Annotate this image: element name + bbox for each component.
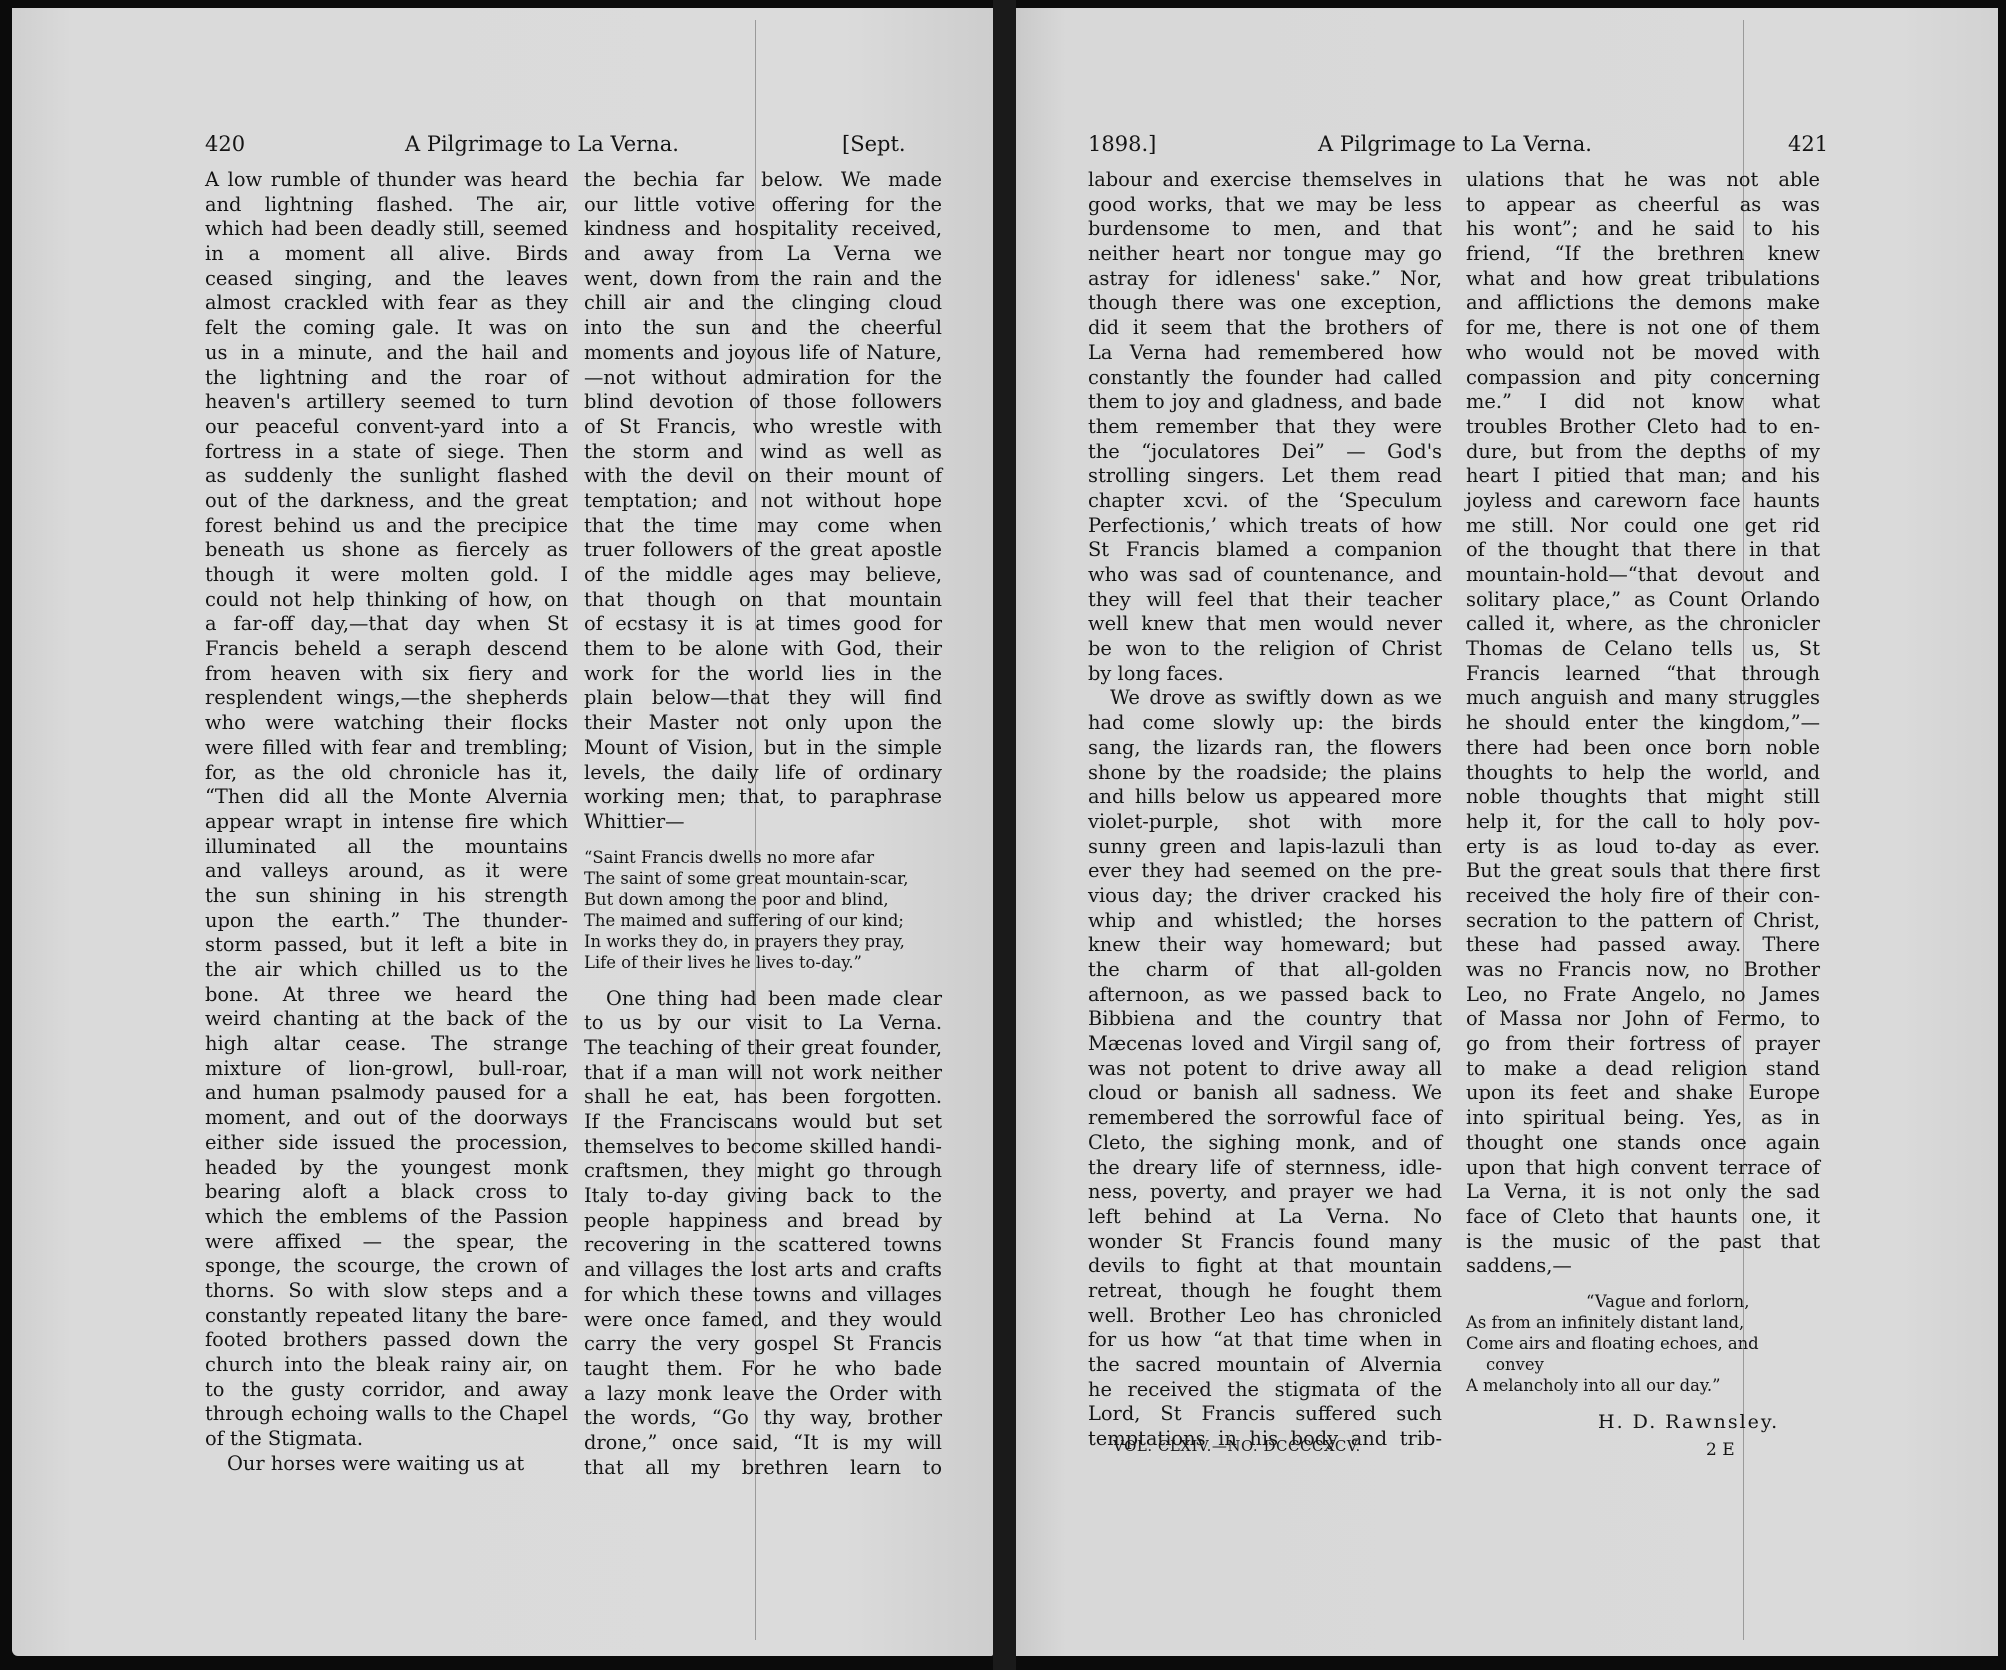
text-line: face of Cleto that haunts one, it	[1466, 1205, 1820, 1230]
text-line: what and how great tribulations	[1466, 267, 1820, 292]
verse-line: convey	[1466, 1354, 1820, 1375]
closing-verse: “Vague and forlorn,As from an infinitely…	[1466, 1291, 1820, 1396]
text-line: the sacred mountain of Alvernia	[1088, 1353, 1442, 1378]
text-line: vious day; the driver cracked his	[1088, 884, 1442, 909]
text-line: the dreary life of sternness, idle-	[1088, 1156, 1442, 1181]
text-line: thoughts to help the world, and	[1466, 761, 1820, 786]
text-line: troubles Brother Cleto had to en-	[1466, 415, 1820, 440]
text-line: our peaceful convent-yard into a	[205, 415, 568, 440]
text-line: he received the stigmata of the	[1088, 1378, 1442, 1403]
text-line: them remember that they were	[1088, 415, 1442, 440]
text-line: truer followers of the great apostle	[584, 538, 942, 563]
text-line: sang, the lizards ran, the flowers	[1088, 736, 1442, 761]
text-line: ever they had seemed on the pre-	[1088, 859, 1442, 884]
text-line: Our horses were waiting us at	[205, 1452, 568, 1477]
text-line: to the gusty corridor, and away	[205, 1378, 568, 1403]
text-line: there had been once born noble	[1466, 736, 1820, 761]
text-line: themselves to become skilled handi-	[584, 1135, 942, 1160]
text-line: the “joculatores Dei” — God's	[1088, 440, 1442, 465]
text-line: though there was one exception,	[1088, 291, 1442, 316]
text-line: craftsmen, they might go through	[584, 1159, 942, 1184]
text-line: astray for idleness' sake.” Nor,	[1088, 267, 1442, 292]
text-line: ness, poverty, and prayer we had	[1088, 1180, 1442, 1205]
text-line: chill air and the clinging cloud	[584, 291, 942, 316]
text-line: neither heart nor tongue may go	[1088, 242, 1442, 267]
text-line: his wont”; and he said to his	[1466, 217, 1820, 242]
text-line: constantly repeated litany the bare-	[205, 1304, 568, 1329]
text-line: Francis learned “that through	[1466, 662, 1820, 687]
text-line: drone,” once said, “It is my will	[584, 1431, 942, 1456]
text-line: go from their fortress of prayer	[1466, 1032, 1820, 1057]
text-line: called it, where, as the chronicler	[1466, 612, 1820, 637]
text-line: were affixed — the spear, the	[205, 1230, 568, 1255]
right-column-1: labour and exercise themselves ingood wo…	[1088, 168, 1442, 1452]
text-line: plain below—that they will find	[584, 686, 942, 711]
text-line: them to joy and gladness, and bade	[1088, 390, 1442, 415]
text-line: La Verna, it is not only the sad	[1466, 1180, 1820, 1205]
text-line: constantly the founder had called	[1088, 366, 1442, 391]
text-line: of Massa nor John of Fermo, to	[1466, 1007, 1820, 1032]
text-line: thorns. So with slow steps and a	[205, 1279, 568, 1304]
verse-line: The saint of some great mountain-scar,	[584, 868, 942, 889]
text-line: beneath us shone as fiercely as	[205, 538, 568, 563]
text-line: received the holy fire of their con-	[1466, 884, 1820, 909]
left-running-month: [Sept.	[842, 132, 906, 156]
text-line: The teaching of their great founder,	[584, 1036, 942, 1061]
text-line: help it, for the call to holy pov-	[1466, 810, 1820, 835]
text-line: heaven's artillery seemed to turn	[205, 390, 568, 415]
text-line: La Verna had remembered how	[1088, 341, 1442, 366]
text-line: moment, and out of the doorways	[205, 1106, 568, 1131]
text-line: their Master not only upon the	[584, 711, 942, 736]
text-line: remembered the sorrowful face of	[1088, 1106, 1442, 1131]
verse-line: “Saint Francis dwells no more afar	[584, 847, 942, 868]
text-line: Mount of Vision, but in the simple	[584, 736, 942, 761]
text-line: is the music of the past that	[1466, 1230, 1820, 1255]
verse-line: In works they do, in prayers they pray,	[584, 931, 942, 952]
text-line: of the thought that there in that	[1466, 538, 1820, 563]
text-line: levels, the daily life of ordinary	[584, 761, 942, 786]
text-line: were filled with fear and trembling;	[205, 736, 568, 761]
text-line: storm passed, but it left a bite in	[205, 933, 568, 958]
text-line: felt the coming gale. It was on	[205, 316, 568, 341]
text-line: chapter xcvi. of the ‘Speculum	[1088, 489, 1442, 514]
text-line: ceased singing, and the leaves	[205, 267, 568, 292]
text-line: they will feel that their teacher	[1088, 588, 1442, 613]
text-line: sunny green and lapis-lazuli than	[1088, 835, 1442, 860]
text-line: of the Stigmata.	[205, 1427, 568, 1452]
verse-line: A melancholy into all our day.”	[1466, 1375, 1820, 1396]
text-line: which the emblems of the Passion	[205, 1205, 568, 1230]
text-line: forest behind us and the precipice	[205, 514, 568, 539]
text-line: these had passed away. There	[1466, 933, 1820, 958]
text-line: though it were molten gold. I	[205, 563, 568, 588]
text-line: shall he eat, has been forgotten.	[584, 1085, 942, 1110]
text-line: secration to the pattern of Christ,	[1466, 909, 1820, 934]
verse-line: “Vague and forlorn,	[1466, 1291, 1820, 1312]
text-line: headed by the youngest monk	[205, 1156, 568, 1181]
text-line: that all my brethren learn to	[584, 1456, 942, 1481]
text-line: the charm of that all-golden	[1088, 958, 1442, 983]
text-line: as suddenly the sunlight flashed	[205, 464, 568, 489]
text-line: friend, “If the brethren knew	[1466, 242, 1820, 267]
text-line: carry the very gospel St Francis	[584, 1332, 942, 1357]
text-line: moments and joyous life of Nature,	[584, 341, 942, 366]
text-line: the bechia far below. We made	[584, 168, 942, 193]
text-line: noble thoughts that might still	[1466, 785, 1820, 810]
text-line: bone. At three we heard the	[205, 983, 568, 1008]
text-line: St Francis blamed a companion	[1088, 538, 1442, 563]
text-line: he should enter the kingdom,”—	[1466, 711, 1820, 736]
text-line: temptation; and not without hope	[584, 489, 942, 514]
text-line: and away from La Verna we	[584, 242, 942, 267]
volume-footer: VOL. CLXIV.—NO. DCCCCXCV.	[1113, 1437, 1361, 1455]
text-line: A low rumble of thunder was heard	[205, 168, 568, 193]
text-line: Lord, St Francis suffered such	[1088, 1402, 1442, 1427]
text-line: and hills below us appeared more	[1088, 785, 1442, 810]
book-spine	[993, 0, 1016, 1670]
text-line: labour and exercise themselves in	[1088, 168, 1442, 193]
text-line: a lazy monk leave the Order with	[584, 1382, 942, 1407]
text-line: from heaven with six fiery and	[205, 662, 568, 687]
text-line: which had been deadly still, seemed	[205, 217, 568, 242]
text-line: us in a minute, and the hail and	[205, 341, 568, 366]
text-line: and villages the lost arts and crafts	[584, 1258, 942, 1283]
text-line: illuminated all the mountains	[205, 835, 568, 860]
text-line: whip and whistled; the horses	[1088, 909, 1442, 934]
text-line: strolling singers. Let them read	[1088, 464, 1442, 489]
verse-line: Come airs and floating echoes, and	[1466, 1333, 1820, 1354]
text-line: of St Francis, who wrestle with	[584, 415, 942, 440]
text-line: thought one stands once again	[1466, 1131, 1820, 1156]
text-line: Leo, no Frate Angelo, no James	[1466, 983, 1820, 1008]
right-page-number: 421	[1788, 132, 1828, 156]
text-line: me.” I did not know what	[1466, 390, 1820, 415]
text-line: resplendent wings,—the shepherds	[205, 686, 568, 711]
text-line: cloud or banish all sadness. We	[1088, 1081, 1442, 1106]
author-signature: H. D. Rawnsley.	[1466, 1410, 1820, 1435]
left-column-1: A low rumble of thunder was heardand lig…	[205, 168, 568, 1476]
verse-line: Life of their lives he lives to-day.”	[584, 952, 942, 973]
text-line: a far-off day,—that day when St	[205, 612, 568, 637]
text-line: afternoon, as we passed back to	[1088, 983, 1442, 1008]
text-line: with the devil on their mount of	[584, 464, 942, 489]
text-line: ulations that he was not able	[1466, 168, 1820, 193]
text-line: them to be alone with God, their	[584, 637, 942, 662]
text-line: for us how “at that time when in	[1088, 1328, 1442, 1353]
right-running-year: 1898.]	[1088, 132, 1156, 156]
text-line: by long faces.	[1088, 662, 1442, 687]
text-line: that though on that mountain	[584, 588, 942, 613]
text-line: working men; that, to paraphrase	[584, 785, 942, 810]
text-line: the lightning and the roar of	[205, 366, 568, 391]
text-line: mountain-hold—“that devout and	[1466, 563, 1820, 588]
text-line: devils to fight at that mountain	[1088, 1254, 1442, 1279]
text-line: could not help thinking of how, on	[205, 588, 568, 613]
right-running-title: A Pilgrimage to La Verna.	[1318, 132, 1592, 156]
text-line: in a moment all alive. Birds	[205, 242, 568, 267]
right-column-2-text: ulations that he was not ableto appear a…	[1466, 168, 1820, 1279]
left-page-number: 420	[205, 132, 245, 156]
text-line: of ecstasy it is at times good for	[584, 612, 942, 637]
text-line: Francis beheld a seraph descend	[205, 637, 568, 662]
printer-signature-mark: 2 E	[1706, 1440, 1735, 1460]
text-line: left behind at La Verna. No	[1088, 1205, 1442, 1230]
text-line: Mæcenas loved and Virgil sang of,	[1088, 1032, 1442, 1057]
text-line: good works, that we may be less	[1088, 193, 1442, 218]
text-line: dure, but from the depths of my	[1466, 440, 1820, 465]
text-line: church into the bleak rainy air, on	[205, 1353, 568, 1378]
text-line: through echoing walls to the Chapel	[205, 1402, 568, 1427]
right-column-2: ulations that he was not ableto appear a…	[1466, 168, 1820, 1435]
text-line: be won to the religion of Christ	[1088, 637, 1442, 662]
text-line: high altar cease. The strange	[205, 1032, 568, 1057]
text-line: knew their way homeward; but	[1088, 933, 1442, 958]
text-line: appear wrapt in intense fire which	[205, 810, 568, 835]
text-line: either side issued the procession,	[205, 1131, 568, 1156]
text-line: to make a dead religion stand	[1466, 1057, 1820, 1082]
text-line: for, as the old chronicle has it,	[205, 761, 568, 786]
text-line: into the sun and the cheerful	[584, 316, 942, 341]
text-line: retreat, though he fought them	[1088, 1279, 1442, 1304]
text-line: Thomas de Celano tells us, St	[1466, 637, 1820, 662]
verse-line: As from an infinitely distant land,	[1466, 1312, 1820, 1333]
text-line: upon that high convent terrace of	[1466, 1156, 1820, 1181]
text-line: taught them. For he who bade	[584, 1357, 942, 1382]
text-line: Cleto, the sighing monk, and of	[1088, 1131, 1442, 1156]
text-line: footed brothers passed down the	[205, 1328, 568, 1353]
text-line: for me, there is not one of them	[1466, 316, 1820, 341]
text-line: upon its feet and shake Europe	[1466, 1081, 1820, 1106]
text-line: and human psalmody paused for a	[205, 1081, 568, 1106]
text-line: recovering in the scattered towns	[584, 1233, 942, 1258]
text-line: much anguish and many struggles	[1466, 686, 1820, 711]
text-line: and afflictions the demons make	[1466, 291, 1820, 316]
text-line: the storm and wind as well as	[584, 440, 942, 465]
text-line: who were watching their flocks	[205, 711, 568, 736]
text-line: out of the darkness, and the great	[205, 489, 568, 514]
text-line: well knew that men would never	[1088, 612, 1442, 637]
text-line: “Then did all the Monte Alvernia	[205, 785, 568, 810]
verse-line: The maimed and suffering of our kind;	[584, 910, 942, 931]
text-line: were once famed, and they would	[584, 1308, 942, 1333]
left-column-2-text-top: the bechia far below. We madeour little …	[584, 168, 942, 835]
text-line: had come slowly up: the birds	[1088, 711, 1442, 736]
text-line: —not without admiration for the	[584, 366, 942, 391]
left-column-2: the bechia far below. We madeour little …	[584, 168, 942, 1480]
text-line: But the great souls that there first	[1466, 859, 1820, 884]
text-line: people happiness and bread by	[584, 1209, 942, 1234]
text-line: mixture of lion-growl, bull-roar,	[205, 1057, 568, 1082]
text-line: and lightning flashed. The air,	[205, 193, 568, 218]
text-line: almost crackled with fear as they	[205, 291, 568, 316]
text-line: Perfectionis,’ which treats of how	[1088, 514, 1442, 539]
text-line: shone by the roadside; the plains	[1088, 761, 1442, 786]
text-line: for which these towns and villages	[584, 1283, 942, 1308]
text-line: saddens,—	[1466, 1254, 1820, 1279]
text-line: the words, “Go thy way, brother	[584, 1406, 942, 1431]
text-line: joyless and careworn face haunts	[1466, 489, 1820, 514]
text-line: went, down from the rain and the	[584, 267, 942, 292]
text-line: heart I pitied that man; and his	[1466, 464, 1820, 489]
text-line: that if a man will not work neither	[584, 1061, 942, 1086]
text-line: the air which chilled us to the	[205, 958, 568, 983]
text-line: burdensome to men, and that	[1088, 217, 1442, 242]
text-line: that the time may come when	[584, 514, 942, 539]
text-line: was not potent to drive away all	[1088, 1057, 1442, 1082]
text-line: We drove as swiftly down as we	[1088, 686, 1442, 711]
right-column-1-text-bottom: We drove as swiftly down as wehad come s…	[1088, 686, 1442, 1451]
text-line: who was sad of countenance, and	[1088, 563, 1442, 588]
text-line: wonder St Francis found many	[1088, 1230, 1442, 1255]
text-line: the sun shining in his strength	[205, 884, 568, 909]
left-column-2-text-bottom: One thing had been made clearto us by ou…	[584, 987, 942, 1481]
right-column-1-text-top: labour and exercise themselves ingood wo…	[1088, 168, 1442, 686]
text-line: was no Francis now, no Brother	[1466, 958, 1820, 983]
text-line: Italy to-day giving back to the	[584, 1184, 942, 1209]
text-line: me still. Nor could one get rid	[1466, 514, 1820, 539]
text-line: sponge, the scourge, the crown of	[205, 1254, 568, 1279]
text-line: to appear as cheerful as was	[1466, 193, 1820, 218]
text-line: solitary place,” as Count Orlando	[1466, 588, 1820, 613]
text-line: One thing had been made clear	[584, 987, 942, 1012]
text-line: into spiritual being. Yes, as in	[1466, 1106, 1820, 1131]
text-line: kindness and hospitality received,	[584, 217, 942, 242]
text-line: well. Brother Leo has chronicled	[1088, 1304, 1442, 1329]
text-line: compassion and pity concerning	[1466, 366, 1820, 391]
text-line: of the middle ages may believe,	[584, 563, 942, 588]
whittier-verse: “Saint Francis dwells no more afarThe sa…	[584, 847, 942, 973]
text-line: did it seem that the brothers of	[1088, 316, 1442, 341]
text-line: upon the earth.” The thunder-	[205, 909, 568, 934]
text-line: Whittier—	[584, 810, 942, 835]
text-line: violet-purple, shot with more	[1088, 810, 1442, 835]
left-running-title: A Pilgrimage to La Verna.	[405, 132, 679, 156]
text-line: Bibbiena and the country that	[1088, 1007, 1442, 1032]
text-line: and valleys around, as it were	[205, 859, 568, 884]
text-line: blind devotion of those followers	[584, 390, 942, 415]
text-line: to us by our visit to La Verna.	[584, 1011, 942, 1036]
text-line: who would not be moved with	[1466, 341, 1820, 366]
text-line: weird chanting at the back of the	[205, 1007, 568, 1032]
text-line: erty is as loud to-day as ever.	[1466, 835, 1820, 860]
text-line: our little votive offering for the	[584, 193, 942, 218]
text-line: work for the world lies in the	[584, 662, 942, 687]
text-line: bearing aloft a black cross to	[205, 1180, 568, 1205]
text-line: If the Franciscans would but set	[584, 1110, 942, 1135]
verse-line: But down among the poor and blind,	[584, 889, 942, 910]
text-line: fortress in a state of siege. Then	[205, 440, 568, 465]
